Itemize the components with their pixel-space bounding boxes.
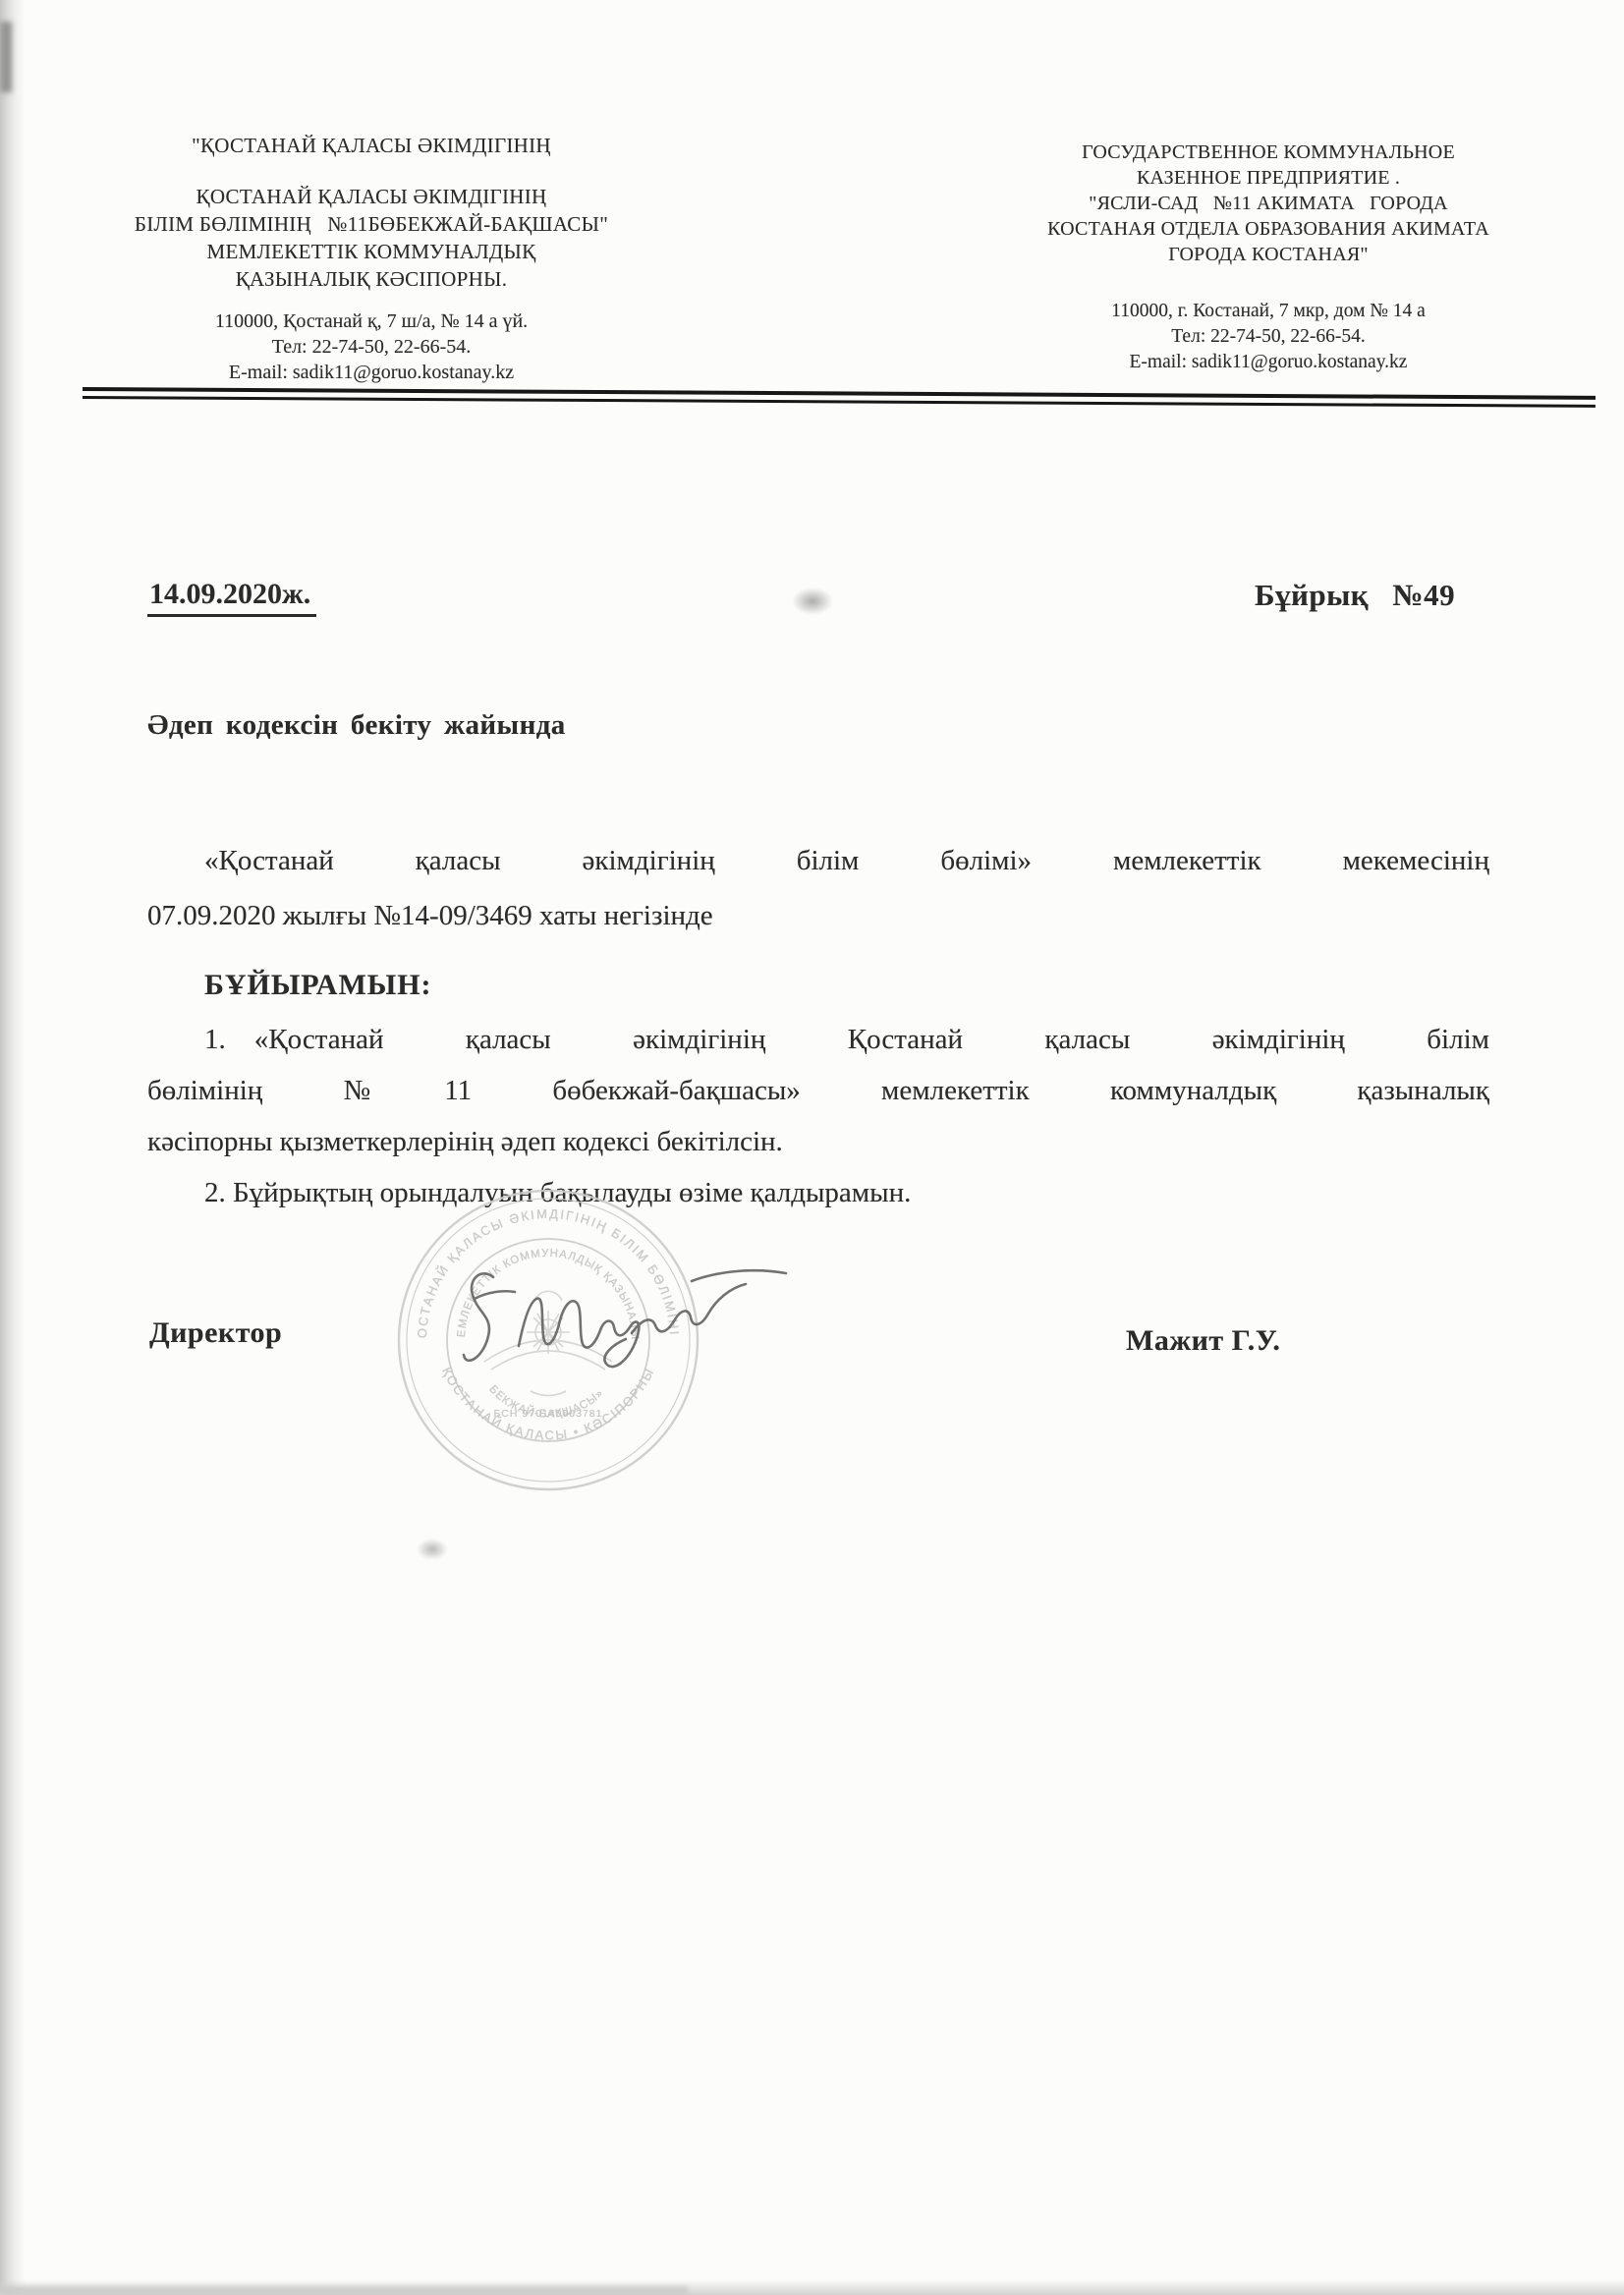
org-email: E-mail: sadik11@goruo.kostanay.kz [77,360,666,385]
letterhead-kazakh-column: "ҚОСТАНАЙ ҚАЛАСЫ ӘКІМДІГІНІҢ ҚОСТАНАЙ ҚА… [77,132,666,385]
letterhead-russian-column: ГОСУДАРСТВЕННОЕ КОММУНАЛЬНОЕ КАЗЕННОЕ ПР… [990,140,1546,375]
order-subject: Әдеп кодексін бекіту жайында [147,709,566,742]
org-name-line: ҚОСТАНАЙ ҚАЛАСЫ ӘКІМДІГІНІҢ [77,183,666,210]
org-name-line: КОСТАНАЯ ОТДЕЛА ОБРАЗОВАНИЯ АКИМАТА [990,216,1546,242]
scan-left-edge-mark [0,22,12,92]
scan-smudge [792,588,833,615]
order-items: 1. «Қостанай қаласы әкімдігінің Қостанай… [147,1014,1489,1218]
letterhead-double-rule [83,387,1596,408]
order-intro-paragraph: «Қостанай қаласы әкімдігінің білім бөлім… [147,833,1489,943]
org-phone: Тел: 22-74-50, 22-66-54. [77,334,666,360]
scan-bottom-edge-mark [0,2286,688,2295]
order-number: Бұйрық №49 [1255,578,1455,613]
org-name-line: "ҚОСТАНАЙ ҚАЛАСЫ ӘКІМДІГІНІҢ [77,132,666,159]
org-name-line: МЕМЛЕКЕТТІК КОММУНАЛДЫҚ [77,238,666,265]
order-item-line: 2. Бұйрықтың орындалуын бақылауды өзіме … [147,1167,1489,1218]
order-item-line: бөлімінің №11 бөбекжай-бақшасы» мемлекет… [147,1065,1489,1116]
org-name-line: КАЗЕННОЕ ПРЕДПРИЯТИЕ . [990,165,1546,191]
signature-title: Директор [149,1316,282,1350]
org-name-line: ГОСУДАРСТВЕННОЕ КОММУНАЛЬНОЕ [990,140,1546,165]
signatory-name: Мажит Г.У. [1126,1324,1280,1358]
stamp-bsn-code: БСН 970140603781 [494,1408,603,1420]
order-item-line: 1. «Қостанай қаласы әкімдігінің Қостанай… [147,1014,1489,1065]
scanned-order-page: "ҚОСТАНАЙ ҚАЛАСЫ ӘКІМДІГІНІҢ ҚОСТАНАЙ ҚА… [0,0,1624,2295]
intro-line: 07.09.2020 жылғы №14-09/3469 хаты негізі… [147,888,1489,943]
org-name-line: ГОРОДА КОСТАНАЯ" [990,242,1546,267]
org-name-line: БІЛІМ БӨЛІМІНІҢ №11БӨБЕКЖАЙ-БАҚШАСЫ" [77,210,666,238]
scan-left-edge-shadow [0,0,26,2295]
order-item-line: кәсіпорны қызметкерлерінің әдеп кодексі … [147,1116,1489,1167]
order-command: БҰЙЫРАМЫН: [204,969,432,1002]
org-name-line: "ЯСЛИ-САД №11 АКИМАТА ГОРОДА [990,191,1546,216]
org-address: 110000, Қостанай қ, 7 ш/а, № 14 а үй. [77,308,666,334]
order-date: 14.09.2020ж. [147,578,316,617]
intro-line: «Қостанай қаласы әкімдігінің білім бөлім… [147,833,1489,888]
org-email: E-mail: sadik11@goruo.kostanay.kz [990,350,1546,375]
org-address: 110000, г. Костанай, 7 мкр, дом № 14 а [990,299,1546,324]
signature-handwriting [458,1242,800,1409]
org-phone: Тел: 22-74-50, 22-66-54. [990,324,1546,350]
scan-smudge [417,1539,448,1560]
org-name-line: ҚАЗЫНАЛЫҚ КӘСІПОРНЫ. [77,265,666,293]
